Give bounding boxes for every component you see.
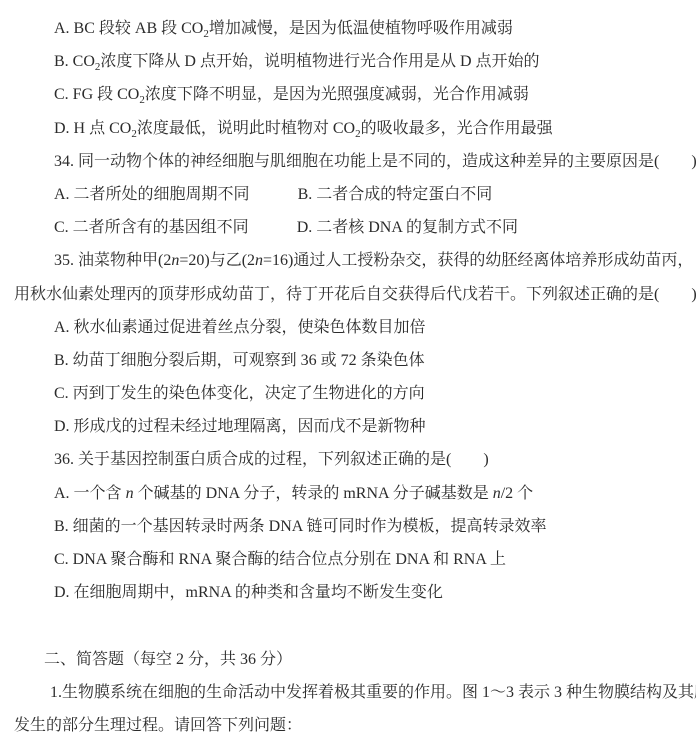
text-run: 二、简答题（每空 2 分，共 36 分） <box>44 651 292 668</box>
q35-option-b: B. 幼苗丁细胞分裂后期，可观察到 36 或 72 条染色体 <box>0 344 696 377</box>
text-run: C. DNA 聚合酶和 RNA 聚合酶的结合位点分别在 DNA 和 RNA 上 <box>54 551 506 568</box>
section-2-heading: 二、简答题（每空 2 分，共 36 分） <box>0 643 696 676</box>
text-run: A. 秋水仙素通过促进着丝点分裂，使染色体数目加倍 <box>54 319 426 336</box>
q35-option-c: C. 丙到丁发生的染色体变化，决定了生物进化的方向 <box>0 377 696 410</box>
column-gap <box>249 231 297 232</box>
text-run: D. H 点 CO <box>54 120 131 137</box>
text-run: B. 二者合成的特定蛋白不同 <box>298 186 493 203</box>
blank-spacer <box>0 609 696 642</box>
text-run: D. 在细胞周期中，mRNA 的种类和含量均不断发生变化 <box>54 584 443 601</box>
text-run: /2 个 <box>501 485 533 502</box>
text-run: 个碱基的 DNA 分子，转录的 mRNA 分子碱基数是 <box>134 485 493 502</box>
text-run: C. 丙到丁发生的染色体变化，决定了生物进化的方向 <box>54 385 425 402</box>
q33-option-a: A. BC 段较 AB 段 CO2增加减慢，是因为低温使植物呼吸作用减弱 <box>0 12 696 45</box>
text-run: 36. 关于基因控制蛋白质合成的过程，下列叙述正确的是( ) <box>54 451 489 468</box>
text-run: 浓度下降从 D 点开始，说明植物进行光合作用是从 D 点开始的 <box>100 53 539 70</box>
q36-option-a: A. 一个含 n 个碱基的 DNA 分子，转录的 mRNA 分子碱基数是 n/2… <box>0 477 696 510</box>
q36-option-c: C. DNA 聚合酶和 RNA 聚合酶的结合位点分别在 DNA 和 RNA 上 <box>0 543 696 576</box>
q35-stem-line1: 35. 油菜物种甲(2n=20)与乙(2n=16)通过人工授粉杂交，获得的幼胚经… <box>0 244 696 277</box>
q1-stem-line2: 发生的部分生理过程。请回答下列问题： <box>0 709 696 742</box>
text-run: B. 细菌的一个基因转录时两条 DNA 链可同时作为模板，提高转录效率 <box>54 518 546 535</box>
q33-option-c: C. FG 段 CO2浓度下降不明显，是因为光照强度减弱，光合作用减弱 <box>0 78 696 111</box>
text-run: 浓度下降不明显，是因为光照强度减弱，光合作用减弱 <box>145 86 529 103</box>
text-run: C. FG 段 CO <box>54 86 139 103</box>
q35-option-a: A. 秋水仙素通过促进着丝点分裂，使染色体数目加倍 <box>0 311 696 344</box>
q35-option-d: D. 形成戊的过程未经过地理隔离，因而戊不是新物种 <box>0 410 696 443</box>
text-run: 浓度最低，说明此时植物对 CO <box>137 120 355 137</box>
q36-option-b: B. 细菌的一个基因转录时两条 DNA 链可同时作为模板，提高转录效率 <box>0 510 696 543</box>
text-run: A. 二者所处的细胞周期不同 <box>54 186 250 203</box>
q33-option-d: D. H 点 CO2浓度最低，说明此时植物对 CO2的吸收最多，光合作用最强 <box>0 112 696 145</box>
text-run: 增加减慢，是因为低温使植物呼吸作用减弱 <box>209 20 513 37</box>
text-run: A. BC 段较 AB 段 CO <box>54 20 203 37</box>
text-run: D. 形成戊的过程未经过地理隔离，因而戊不是新物种 <box>54 418 426 435</box>
text-run: 1.生物膜系统在细胞的生命活动中发挥着极其重要的作用。图 1～3 表示 3 种生… <box>50 684 696 701</box>
q35-stem-line2: 用秋水仙素处理丙的顶芽形成幼苗丁，待丁开花后自交获得后代戊若干。下列叙述正确的是… <box>0 278 696 311</box>
italic-variable-text: n <box>493 485 501 502</box>
column-gap <box>250 198 298 199</box>
text-run: 用秋水仙素处理丙的顶芽形成幼苗丁，待丁开花后自交获得后代戊若干。下列叙述正确的是… <box>14 286 696 303</box>
document-page: A. BC 段较 AB 段 CO2增加减慢，是因为低温使植物呼吸作用减弱B. C… <box>0 0 696 746</box>
text-run: B. 幼苗丁细胞分裂后期，可观察到 36 或 72 条染色体 <box>54 352 425 369</box>
text-run: 34. 同一动物个体的神经细胞与肌细胞在功能上是不同的，造成这种差异的主要原因是… <box>54 153 696 170</box>
q1-stem-line1: 1.生物膜系统在细胞的生命活动中发挥着极其重要的作用。图 1～3 表示 3 种生… <box>0 676 696 709</box>
text-run: =16)通过人工授粉杂交，获得的幼胚经离体培养形成幼苗丙， <box>263 252 693 269</box>
text-run: 的吸收最多，光合作用最强 <box>361 120 553 137</box>
text-run: C. 二者所含有的基因组不同 <box>54 219 249 236</box>
text-run: A. 一个含 <box>54 485 126 502</box>
q36-option-d: D. 在细胞周期中，mRNA 的种类和含量均不断发生变化 <box>0 576 696 609</box>
q34-options-ab: A. 二者所处的细胞周期不同B. 二者合成的特定蛋白不同 <box>0 178 696 211</box>
italic-variable-text: n <box>255 252 263 269</box>
italic-variable-text: n <box>126 485 134 502</box>
q33-option-b: B. CO2浓度下降从 D 点开始，说明植物进行光合作用是从 D 点开始的 <box>0 45 696 78</box>
text-run: 35. 油菜物种甲(2 <box>54 252 171 269</box>
text-run: B. CO <box>54 53 95 70</box>
q34-stem: 34. 同一动物个体的神经细胞与肌细胞在功能上是不同的，造成这种差异的主要原因是… <box>0 145 696 178</box>
text-run: 发生的部分生理过程。请回答下列问题： <box>14 717 302 734</box>
text-run: D. 二者核 DNA 的复制方式不同 <box>297 219 518 236</box>
q34-options-cd: C. 二者所含有的基因组不同D. 二者核 DNA 的复制方式不同 <box>0 211 696 244</box>
text-run: =20)与乙(2 <box>179 252 255 269</box>
q36-stem: 36. 关于基因控制蛋白质合成的过程，下列叙述正确的是( ) <box>0 443 696 476</box>
